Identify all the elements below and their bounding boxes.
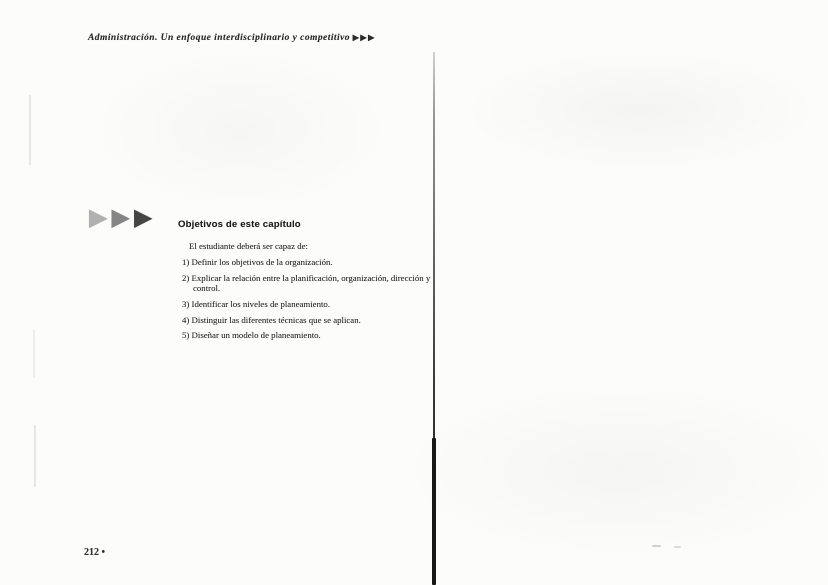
left-page: Administración. Un enfoque interdiscipli…: [30, 0, 433, 585]
chapter-marker-icon: ▶ ▶ ▶: [89, 206, 151, 230]
right-page: ◀◀◀ El planeamiento en acción 1. El cono…: [437, 0, 828, 585]
left-running-head-title: Administración. Un enfoque interdiscipli…: [88, 33, 350, 43]
objective-item: 4) Distinguir las diferentes técnicas qu…: [182, 315, 454, 326]
triangle-light-icon: ▶: [89, 205, 106, 231]
objective-item: 5) Diseñar un modelo de planeamiento.: [182, 330, 454, 341]
scan-smudge: [33, 330, 35, 378]
scan-artifact: [674, 546, 681, 548]
page-number-left-partial: 212 •: [84, 547, 144, 555]
left-running-head: Administración. Un enfoque interdiscipli…: [88, 33, 376, 43]
book-scan: Administración. Un enfoque interdiscipli…: [0, 0, 828, 585]
scan-smudge: [29, 95, 31, 165]
objectives-intro: El estudiante deberá ser capaz de:: [189, 241, 308, 251]
objective-item: 2) Explicar la relación entre la planifi…: [182, 273, 454, 294]
objectives-list: 1) Definir los objetivos de la organizac…: [182, 257, 454, 346]
objective-item: 3) Identificar los niveles de planeamien…: [182, 299, 454, 310]
right-arrows-icon: ▶▶▶: [353, 33, 376, 42]
triangle-dark-icon: ▶: [134, 205, 151, 231]
book-spine-shadow: [432, 438, 436, 585]
triangle-mid-icon: ▶: [111, 205, 128, 231]
scan-smudge: [34, 425, 36, 487]
objectives-heading: Objetivos de este capítulo: [178, 219, 301, 230]
objective-item: 1) Definir los objetivos de la organizac…: [182, 257, 454, 268]
scan-artifact: [652, 545, 661, 547]
